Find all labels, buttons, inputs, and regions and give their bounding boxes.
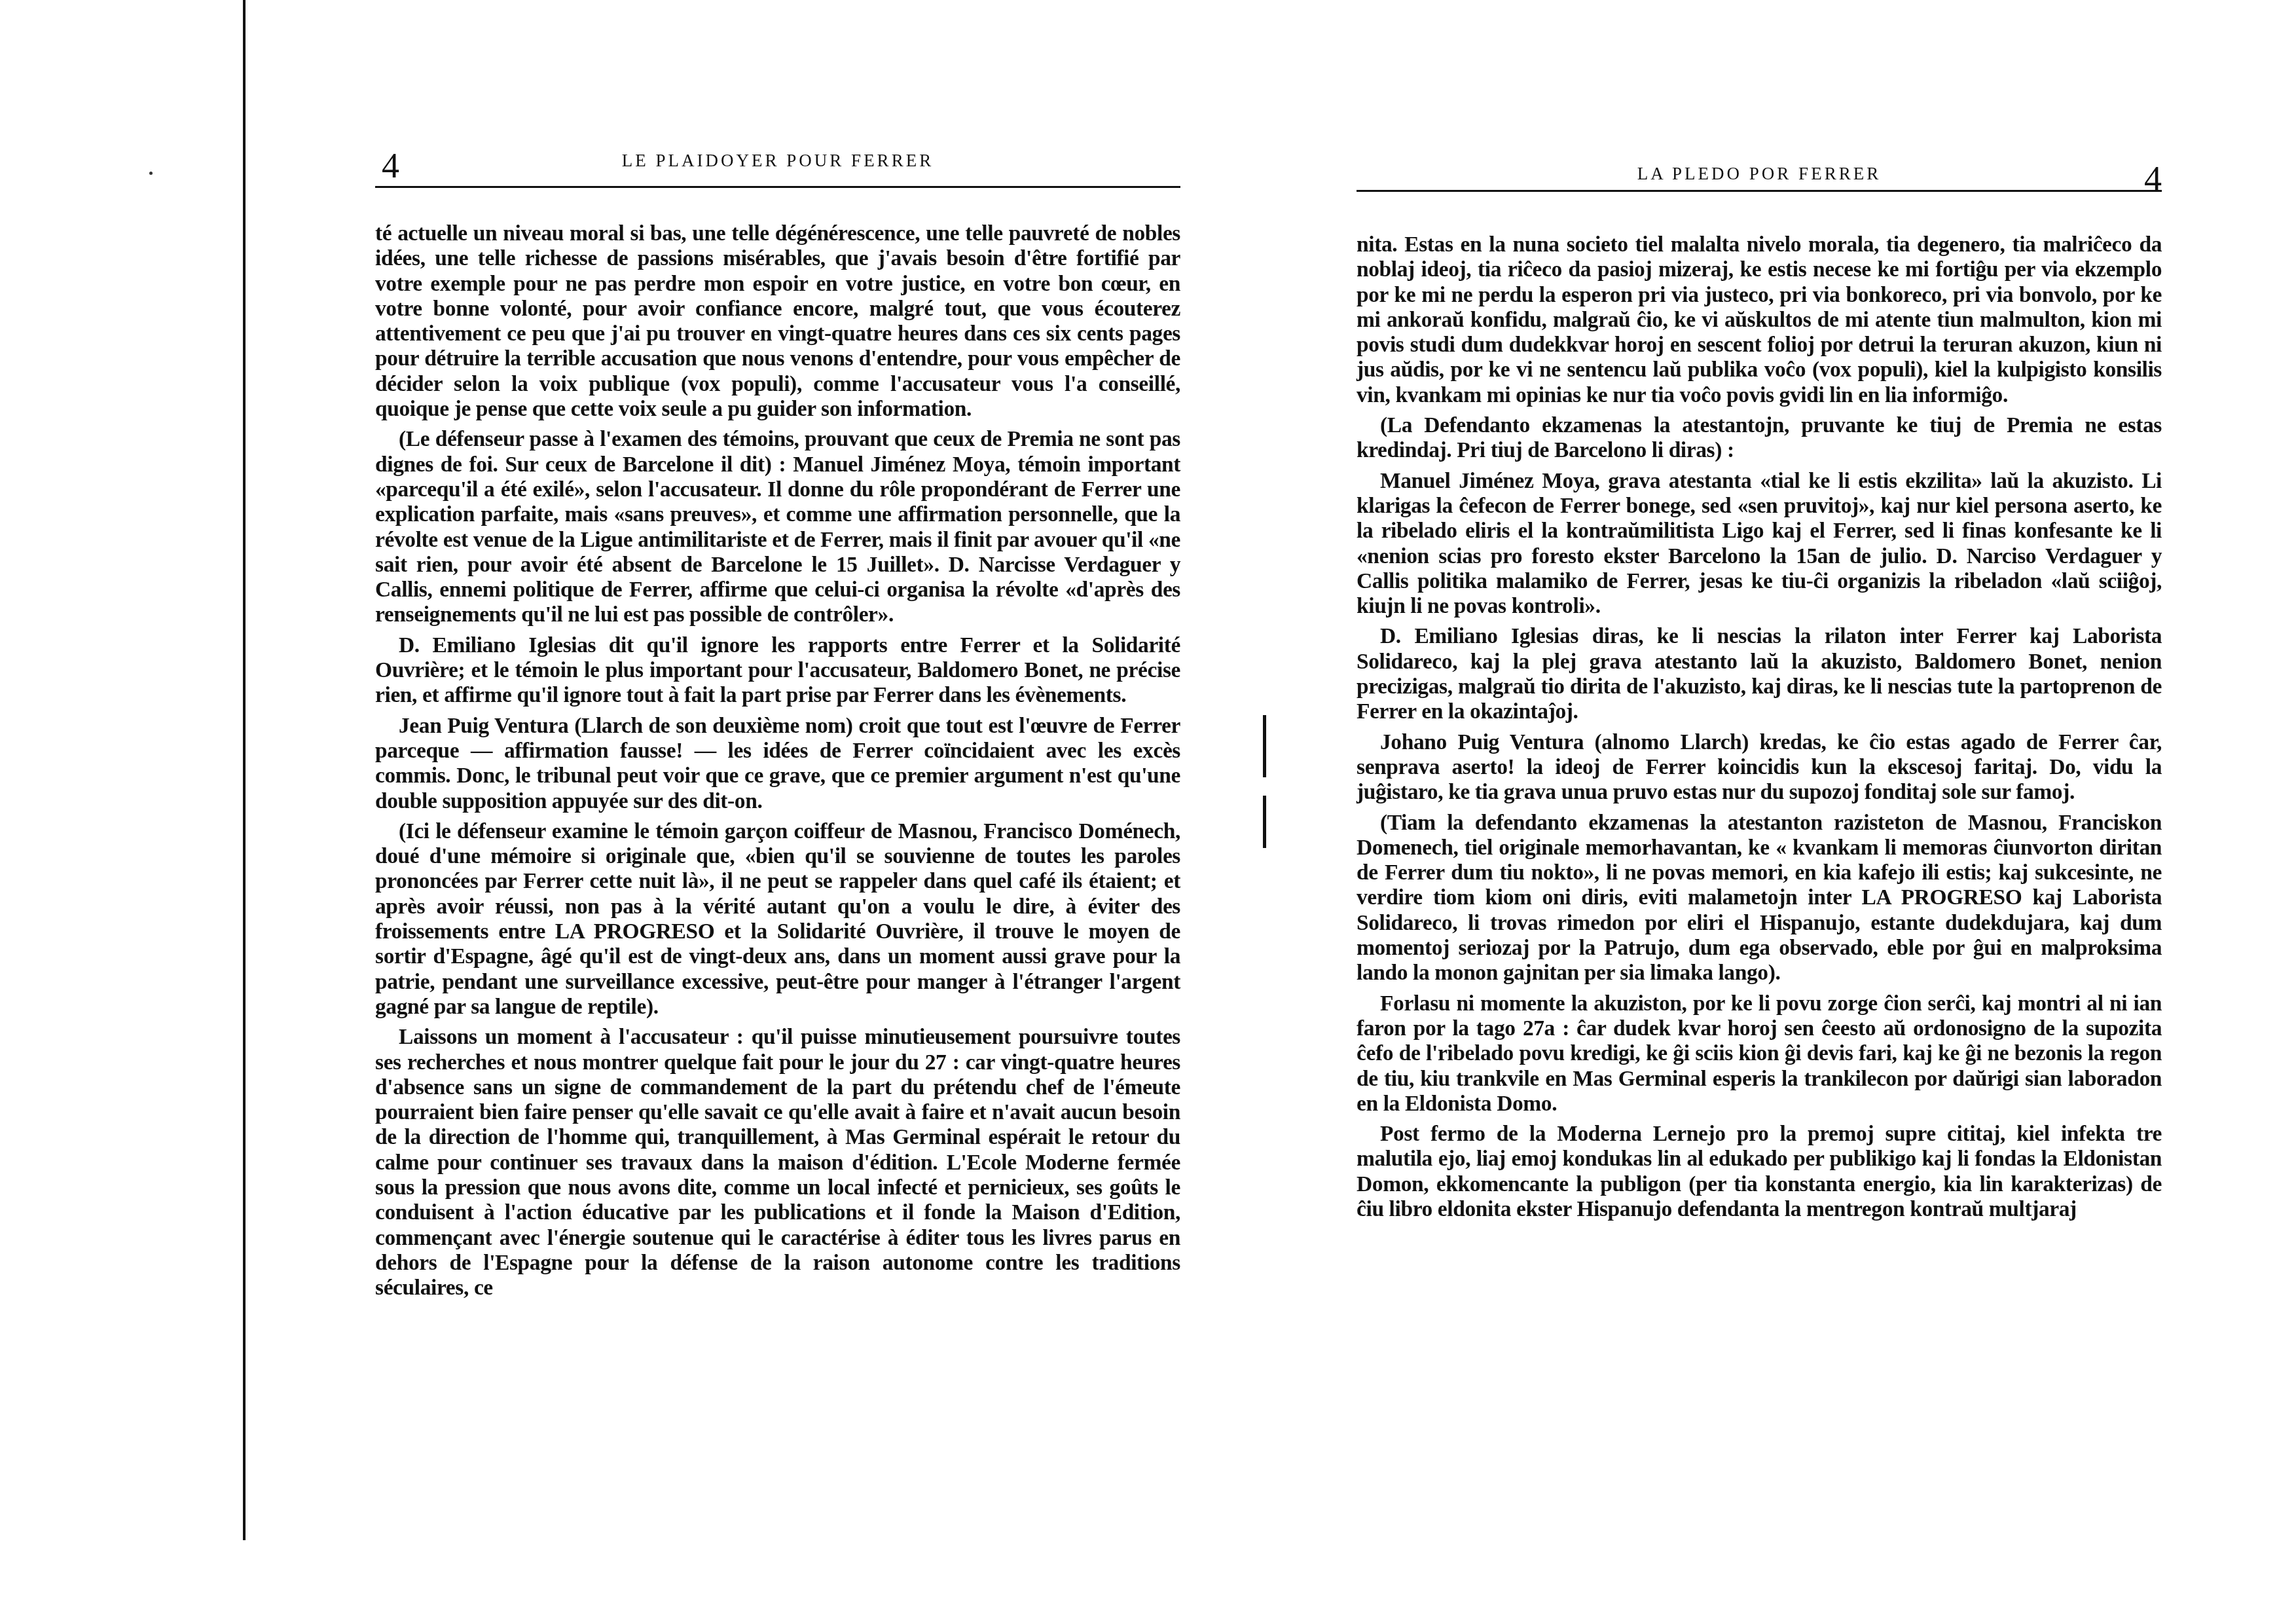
paragraph: nita. Estas en la nuna societo tiel mala… [1357, 232, 2162, 408]
paragraph: Johano Puig Ventura (alnomo Llarch) kred… [1357, 730, 2162, 805]
gutter-crease-mark [1263, 715, 1266, 777]
paragraph: Manuel Jiménez Moya, grava atestanta «ti… [1357, 469, 2162, 619]
paragraph: D. Emiliano Iglesias diras, ke li nescia… [1357, 624, 2162, 724]
paragraph: Post fermo de la Moderna Lernejo pro la … [1357, 1122, 2162, 1222]
scan-speck [149, 172, 153, 175]
running-head-title: LA PLEDO POR FERRER [1357, 164, 2162, 184]
left-page-body: té actuelle un niveau moral si bas, une … [375, 221, 1180, 1306]
left-running-head: 4 LE PLAIDOYER POUR FERRER [375, 145, 1180, 185]
paragraph: (La Defendanto ekzamenas la atestantojn,… [1357, 413, 2162, 464]
paragraph: (Le défenseur passe à l'examen des témoi… [375, 427, 1180, 627]
scan-binding-edge-line [243, 0, 246, 1540]
paragraph: (Ici le défenseur examine le témoin garç… [375, 819, 1180, 1020]
right-page-body: nita. Estas en la nuna societo tiel mala… [1357, 232, 2162, 1227]
page-number: 4 [2144, 158, 2162, 199]
paragraph: (Tiam la defendanto ekzamenas la atestan… [1357, 811, 2162, 986]
paragraph: D. Emiliano Iglesias dit qu'il ignore le… [375, 633, 1180, 709]
header-rule [1357, 190, 2162, 192]
paragraph: Jean Puig Ventura (Llarch de son deuxièm… [375, 714, 1180, 814]
gutter-crease-mark [1263, 796, 1266, 848]
right-running-head: LA PLEDO POR FERRER 4 [1357, 145, 2162, 185]
paragraph: Forlasu ni momente la akuziston, por ke … [1357, 991, 2162, 1116]
paragraph: Laissons un moment à l'accusateur : qu'i… [375, 1025, 1180, 1301]
header-rule [375, 186, 1180, 188]
running-head-title: LE PLAIDOYER POUR FERRER [375, 151, 1180, 171]
paragraph: té actuelle un niveau moral si bas, une … [375, 221, 1180, 422]
